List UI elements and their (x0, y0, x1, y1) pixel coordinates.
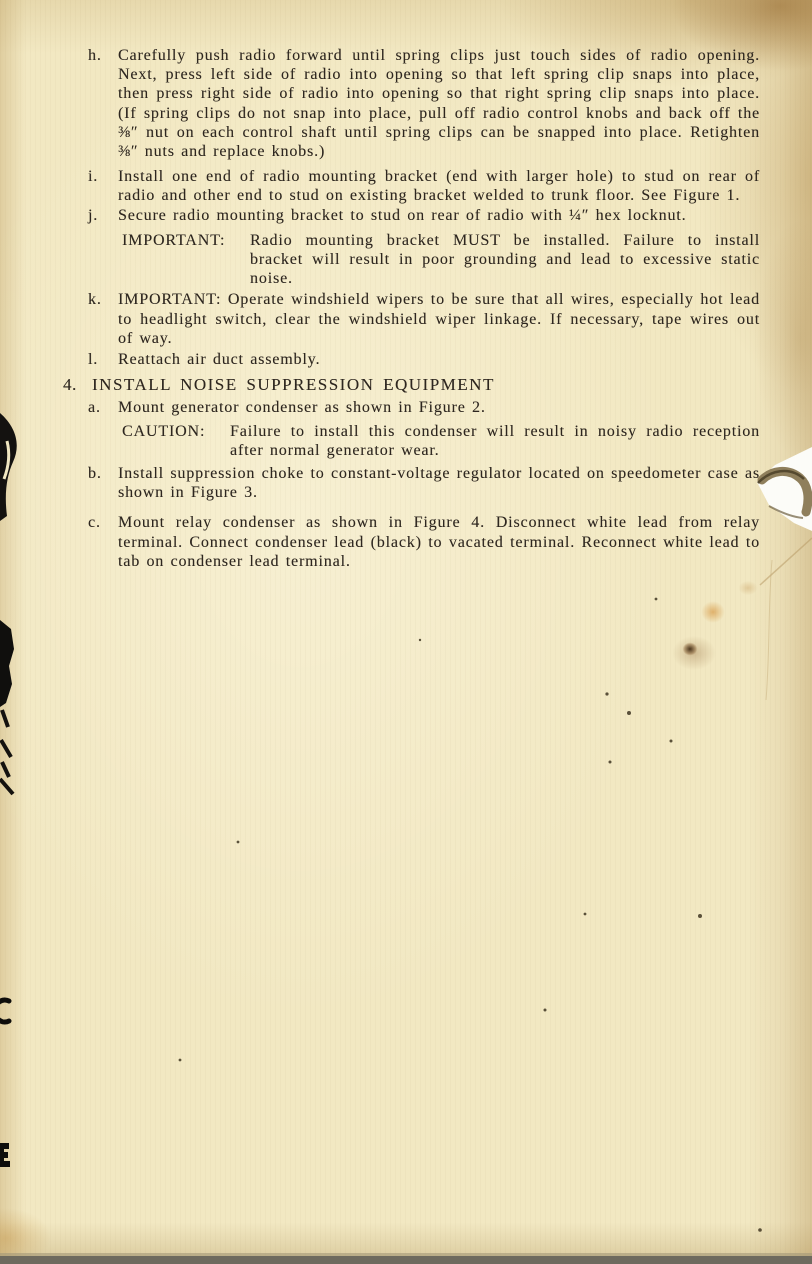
list-item-k: k. IMPORTANT: Operate windshield wipers … (63, 290, 760, 348)
item-label: l. (88, 350, 118, 369)
item-label: k. (88, 290, 118, 348)
list-item-c: c. Mount relay condenser as shown in Fig… (63, 513, 760, 571)
item-text: Secure radio mounting bracket to stud on… (118, 206, 760, 225)
instruction-text: h. Carefully push radio forward until sp… (63, 46, 760, 571)
item-text: IMPORTANT: Operate windshield wipers to … (118, 290, 760, 348)
item-label: h. (88, 46, 118, 161)
list-item-h: h. Carefully push radio forward until sp… (63, 46, 760, 161)
note-label: CAUTION: (122, 422, 230, 460)
item-text: Mount relay condenser as shown in Figure… (118, 513, 760, 571)
important-note: IMPORTANT: Radio mounting bracket MUST b… (122, 231, 760, 289)
note-text: Radio mounting bracket MUST be installed… (250, 231, 760, 289)
item-label: i. (88, 167, 118, 205)
item-label: a. (88, 398, 118, 417)
item-label: b. (88, 464, 118, 502)
list-item-i: i. Install one end of radio mounting bra… (63, 167, 760, 205)
list-item-j: j. Secure radio mounting bracket to stud… (63, 206, 760, 225)
item-text: Install one end of radio mounting bracke… (118, 167, 760, 205)
note-text: Failure to install this condenser will r… (230, 422, 760, 460)
item-text: Mount generator condenser as shown in Fi… (118, 398, 760, 417)
item-label: j. (88, 206, 118, 225)
note-label: IMPORTANT: (122, 231, 250, 289)
item-text: Carefully push radio forward until sprin… (118, 46, 760, 161)
item-text: Install suppression choke to constant-vo… (118, 464, 760, 502)
section-number: 4. (63, 375, 92, 394)
item-label: c. (88, 513, 118, 571)
section-heading: 4. INSTALL NOISE SUPPRESSION EQUIPMENT (63, 375, 760, 394)
section-title: INSTALL NOISE SUPPRESSION EQUIPMENT (92, 375, 495, 394)
caution-note: CAUTION: Failure to install this condens… (122, 422, 760, 460)
list-item-a: a. Mount generator condenser as shown in… (63, 398, 760, 417)
list-item-l: l. Reattach air duct assembly. (63, 350, 760, 369)
item-text: Reattach air duct assembly. (118, 350, 760, 369)
list-item-b: b. Install suppression choke to constant… (63, 464, 760, 502)
